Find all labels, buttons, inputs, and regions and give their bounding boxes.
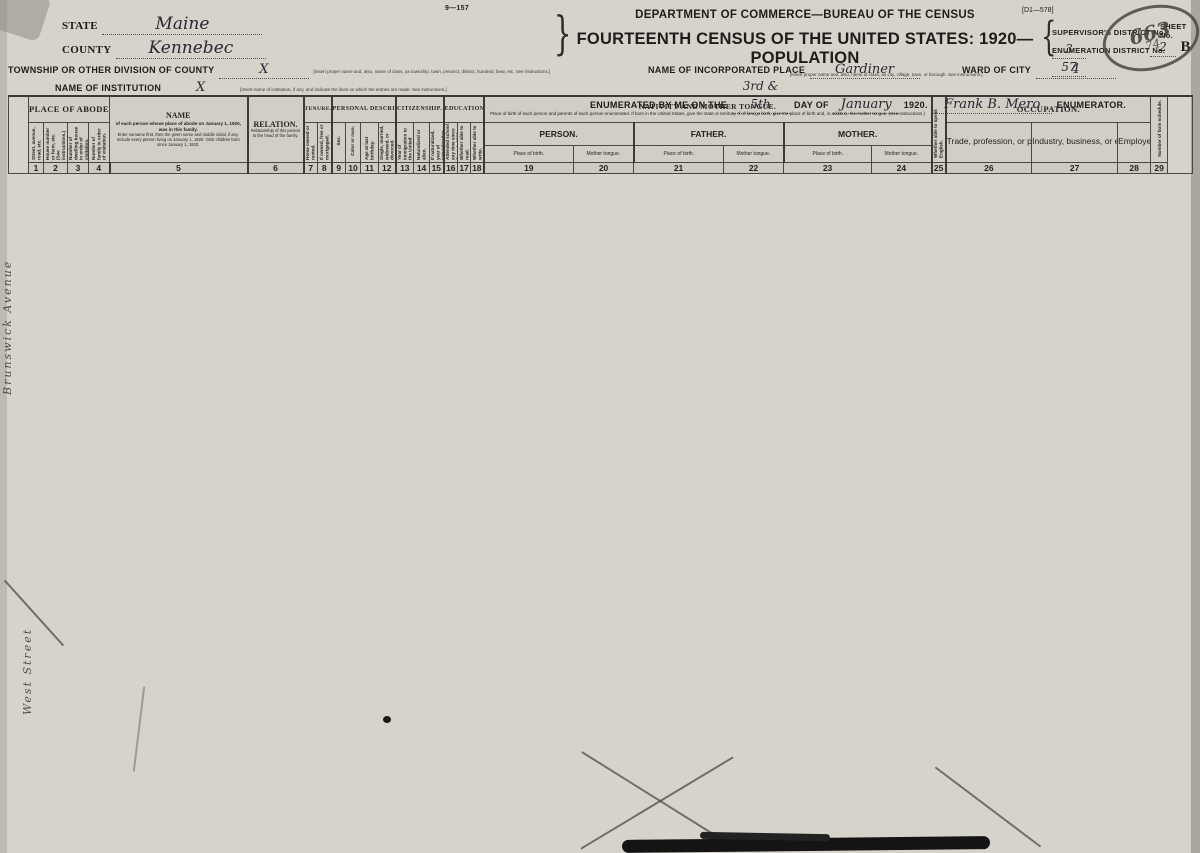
column-number-14: 14: [414, 162, 430, 173]
pencil-stroke-bottom-right: [935, 766, 1042, 847]
col7-tenure-header: Home owned or rented.: [304, 122, 318, 162]
ink-blot: [383, 716, 391, 723]
group-name: NAME of each person whose place of abode…: [110, 96, 248, 162]
col9-sex-header: Sex.: [332, 122, 346, 162]
column-number-28: 28: [1118, 162, 1151, 173]
mother-tongue-header: Mother tongue.: [872, 145, 932, 162]
col3-dwelling-header: Number of dwelling house in order of vis…: [68, 122, 89, 162]
column-number-1: 1: [29, 162, 44, 173]
state-label: STATE: [62, 20, 98, 32]
group-education: EDUCATION.: [444, 96, 484, 122]
col12-marital-header: Single, married, widowed, or divorced.: [379, 122, 396, 162]
group-citizenship: CITIZENSHIP.: [396, 96, 444, 122]
nativity-title: NATIVITY AND MOTHER TONGUE.: [485, 102, 931, 111]
subgroup-father: FATHER.: [634, 122, 784, 145]
corner-right: [1168, 96, 1193, 173]
institution-label: NAME OF INSTITUTION: [55, 83, 161, 93]
township-note: [Insert proper name and, also, name of c…: [313, 69, 550, 74]
column-number-15: 15: [430, 162, 444, 173]
pencil-stroke-left-margin: [4, 580, 64, 647]
institution-value: X: [196, 80, 205, 95]
father-tongue-header: Mother tongue.: [724, 145, 784, 162]
col8-mortgage-header: If owned, free or mortgaged.: [318, 122, 332, 162]
column-number-24: 24: [872, 162, 932, 173]
col16-school-header: Attended school any time since Sept. 1, …: [444, 122, 458, 162]
col29-farm-header: Number of farm schedule.: [1151, 96, 1168, 162]
column-number-19: 19: [484, 162, 574, 173]
column-number-10: 10: [346, 162, 361, 173]
col1-street-header: Street, avenue, road, etc.: [29, 122, 44, 162]
state-value: Maine: [155, 14, 209, 34]
column-number-26: 26: [946, 162, 1032, 173]
person-pob-header: Place of birth.: [484, 145, 574, 162]
form-number: 9—157: [445, 5, 469, 12]
street-name-vertical-2: West Street: [21, 594, 34, 749]
group-tenure: TENURE.: [304, 96, 332, 122]
ward-label: WARD OF CITY: [962, 65, 1031, 75]
doc-code: [D1—578]: [1022, 7, 1054, 14]
father-pob-header: Place of birth.: [634, 145, 724, 162]
col2-house-header: House number or farm, etc. (See instruct…: [44, 122, 68, 162]
name-title: NAME: [110, 111, 247, 120]
department-line: DEPARTMENT OF COMMERCE—BUREAU OF THE CEN…: [590, 9, 1020, 21]
column-number-11: 11: [361, 162, 379, 173]
column-number-25: 25: [932, 162, 946, 173]
stamp-bottom: 74: [1144, 39, 1161, 52]
mother-pob-header: Place of birth.: [784, 145, 872, 162]
nativity-note: Place of birth of each person and parent…: [485, 111, 931, 116]
col13-immigration-header: Year of immigration to the United States…: [396, 122, 414, 162]
col18-write-header: Whether able to write.: [471, 122, 484, 162]
col17-read-header: Whether able to read.: [458, 122, 471, 162]
place-label: NAME OF INCORPORATED PLACE: [648, 65, 805, 75]
group-occupation: OCCUPATION.: [946, 96, 1151, 122]
col25-english-header: Whether able to speak English.: [932, 96, 946, 162]
township-value: X: [259, 62, 268, 77]
col10-color-header: Color or race.: [346, 122, 361, 162]
township-line: TOWNSHIP OR OTHER DIVISION OF COUNTY X […: [8, 60, 550, 79]
subgroup-person: PERSON.: [484, 122, 634, 145]
column-number-4: 4: [89, 162, 110, 173]
column-number-12: 12: [379, 162, 396, 173]
column-number-3: 3: [68, 162, 89, 173]
column-number-2: 2: [44, 162, 68, 173]
census-scan-page: { "form": { "form_number": "9—157", "dep…: [0, 0, 1200, 853]
column-number-8: 8: [318, 162, 332, 173]
state-line: STATE Maine: [62, 14, 262, 35]
column-number-13: 13: [396, 162, 414, 173]
column-number-23: 23: [784, 162, 872, 173]
column-number-22: 22: [724, 162, 784, 173]
column-number-5: 5: [110, 162, 248, 173]
column-number-21: 21: [634, 162, 724, 173]
col14-naturalized-header: Naturalized or alien.: [414, 122, 430, 162]
column-number-20: 20: [574, 162, 634, 173]
col11-age-header: Age at last birthday.: [361, 122, 379, 162]
township-label: TOWNSHIP OR OTHER DIVISION OF COUNTY: [8, 65, 214, 75]
column-number-16: 16: [444, 162, 458, 173]
pencil-scrawl-rows-90-97: [133, 686, 145, 772]
street-name-vertical-1: Brunswick Avenue: [1, 200, 14, 455]
census-table-head: PLACE OF ABODE. NAME of each person whos…: [9, 96, 1193, 173]
institution-note: [Insert name of institution, if any, and…: [240, 87, 447, 92]
person-tongue-header: Mother tongue.: [574, 145, 634, 162]
column-number-9: 9: [332, 162, 346, 173]
col26-trade-header: Trade, profession, or particular kind of…: [946, 122, 1032, 162]
column-number-7: 7: [304, 162, 318, 173]
census-table: PLACE OF ABODE. NAME of each person whos…: [8, 95, 1193, 174]
group-relation: RELATION. Relationship of this person to…: [248, 96, 304, 162]
group-nativity: NATIVITY AND MOTHER TONGUE. Place of bir…: [484, 96, 932, 122]
column-number-17: 17: [458, 162, 471, 173]
county-value: Kennebec: [149, 38, 234, 58]
county-line: COUNTY Kennebec: [62, 38, 266, 59]
name-desc3: Include every person living on January 1…: [110, 138, 247, 148]
column-number-18: 18: [471, 162, 484, 173]
col4-family-header: Number of family in order of visitation.: [89, 122, 110, 162]
column-number-row: 1234567891011121314151617181920212223242…: [9, 162, 1193, 173]
col28-employer-header: Employer, salary or wage worker, or work…: [1118, 122, 1151, 162]
county-label: COUNTY: [62, 44, 111, 56]
relation-desc: Relationship of this person to the head …: [249, 129, 303, 139]
scan-corner-smudge: [0, 0, 52, 42]
col27-industry-header: Industry, business, or establishment in …: [1032, 122, 1118, 162]
ward-value: 4: [1071, 62, 1079, 77]
column-number-6: 6: [248, 162, 304, 173]
group-personal-description: PERSONAL DESCRIPTION.: [332, 96, 396, 122]
column-number-27: 27: [1032, 162, 1118, 173]
subgroup-mother: MOTHER.: [784, 122, 932, 145]
group-place-of-abode: PLACE OF ABODE.: [29, 96, 110, 122]
column-number-29: 29: [1151, 162, 1168, 173]
col15-naturalization-year-header: If naturalized, year of naturalization.: [430, 122, 444, 162]
corner-left: [9, 96, 29, 173]
